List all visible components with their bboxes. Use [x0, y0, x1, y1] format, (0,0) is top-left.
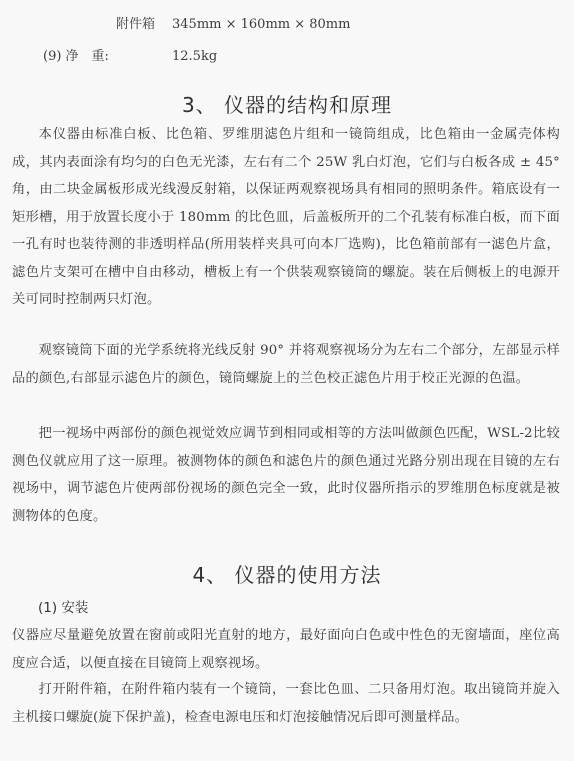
paragraph-usage-1: 仪器应尽量避免放置在窗前或阳光直射的地方，最好面向白色或中性色的无窗墙面，座位高… — [12, 622, 560, 677]
paragraph-structure-1: 本仪器由标准白板、比色箱、罗维朋滤色片组和一镜筒组成，比色箱由一金属壳体构成，其… — [12, 121, 560, 314]
paragraph-usage-2: 打开附件箱，在附件箱内装有一个镜筒，一套比色皿、二只备用灯泡。取出镜筒并旋入主机… — [12, 676, 560, 731]
spec-label: (9) 净 重: — [43, 49, 109, 65]
spec-value: 345mm × 160mm × 80mm — [172, 17, 350, 33]
section-heading-usage: 4、 仪器的使用方法 — [0, 563, 574, 587]
paragraph-structure-2: 观察镜筒下面的光学系统将光线反射 90° 并将观察视场分为左右二个部分，左部显示… — [12, 337, 560, 392]
spec-value: 12.5kg — [172, 49, 217, 65]
paragraph-structure-3: 把一视场中两部份的颜色视觉效应调节到相同或相等的方法叫做颜色匹配，WSL-2比较… — [12, 420, 560, 530]
subheading-installation: (1) 安装 — [38, 599, 88, 617]
document-page: 附件箱 345mm × 160mm × 80mm (9) 净 重: 12.5kg… — [0, 0, 574, 761]
spec-label: 附件箱 — [116, 17, 155, 33]
section-heading-structure: 3、 仪器的结构和原理 — [0, 93, 574, 117]
